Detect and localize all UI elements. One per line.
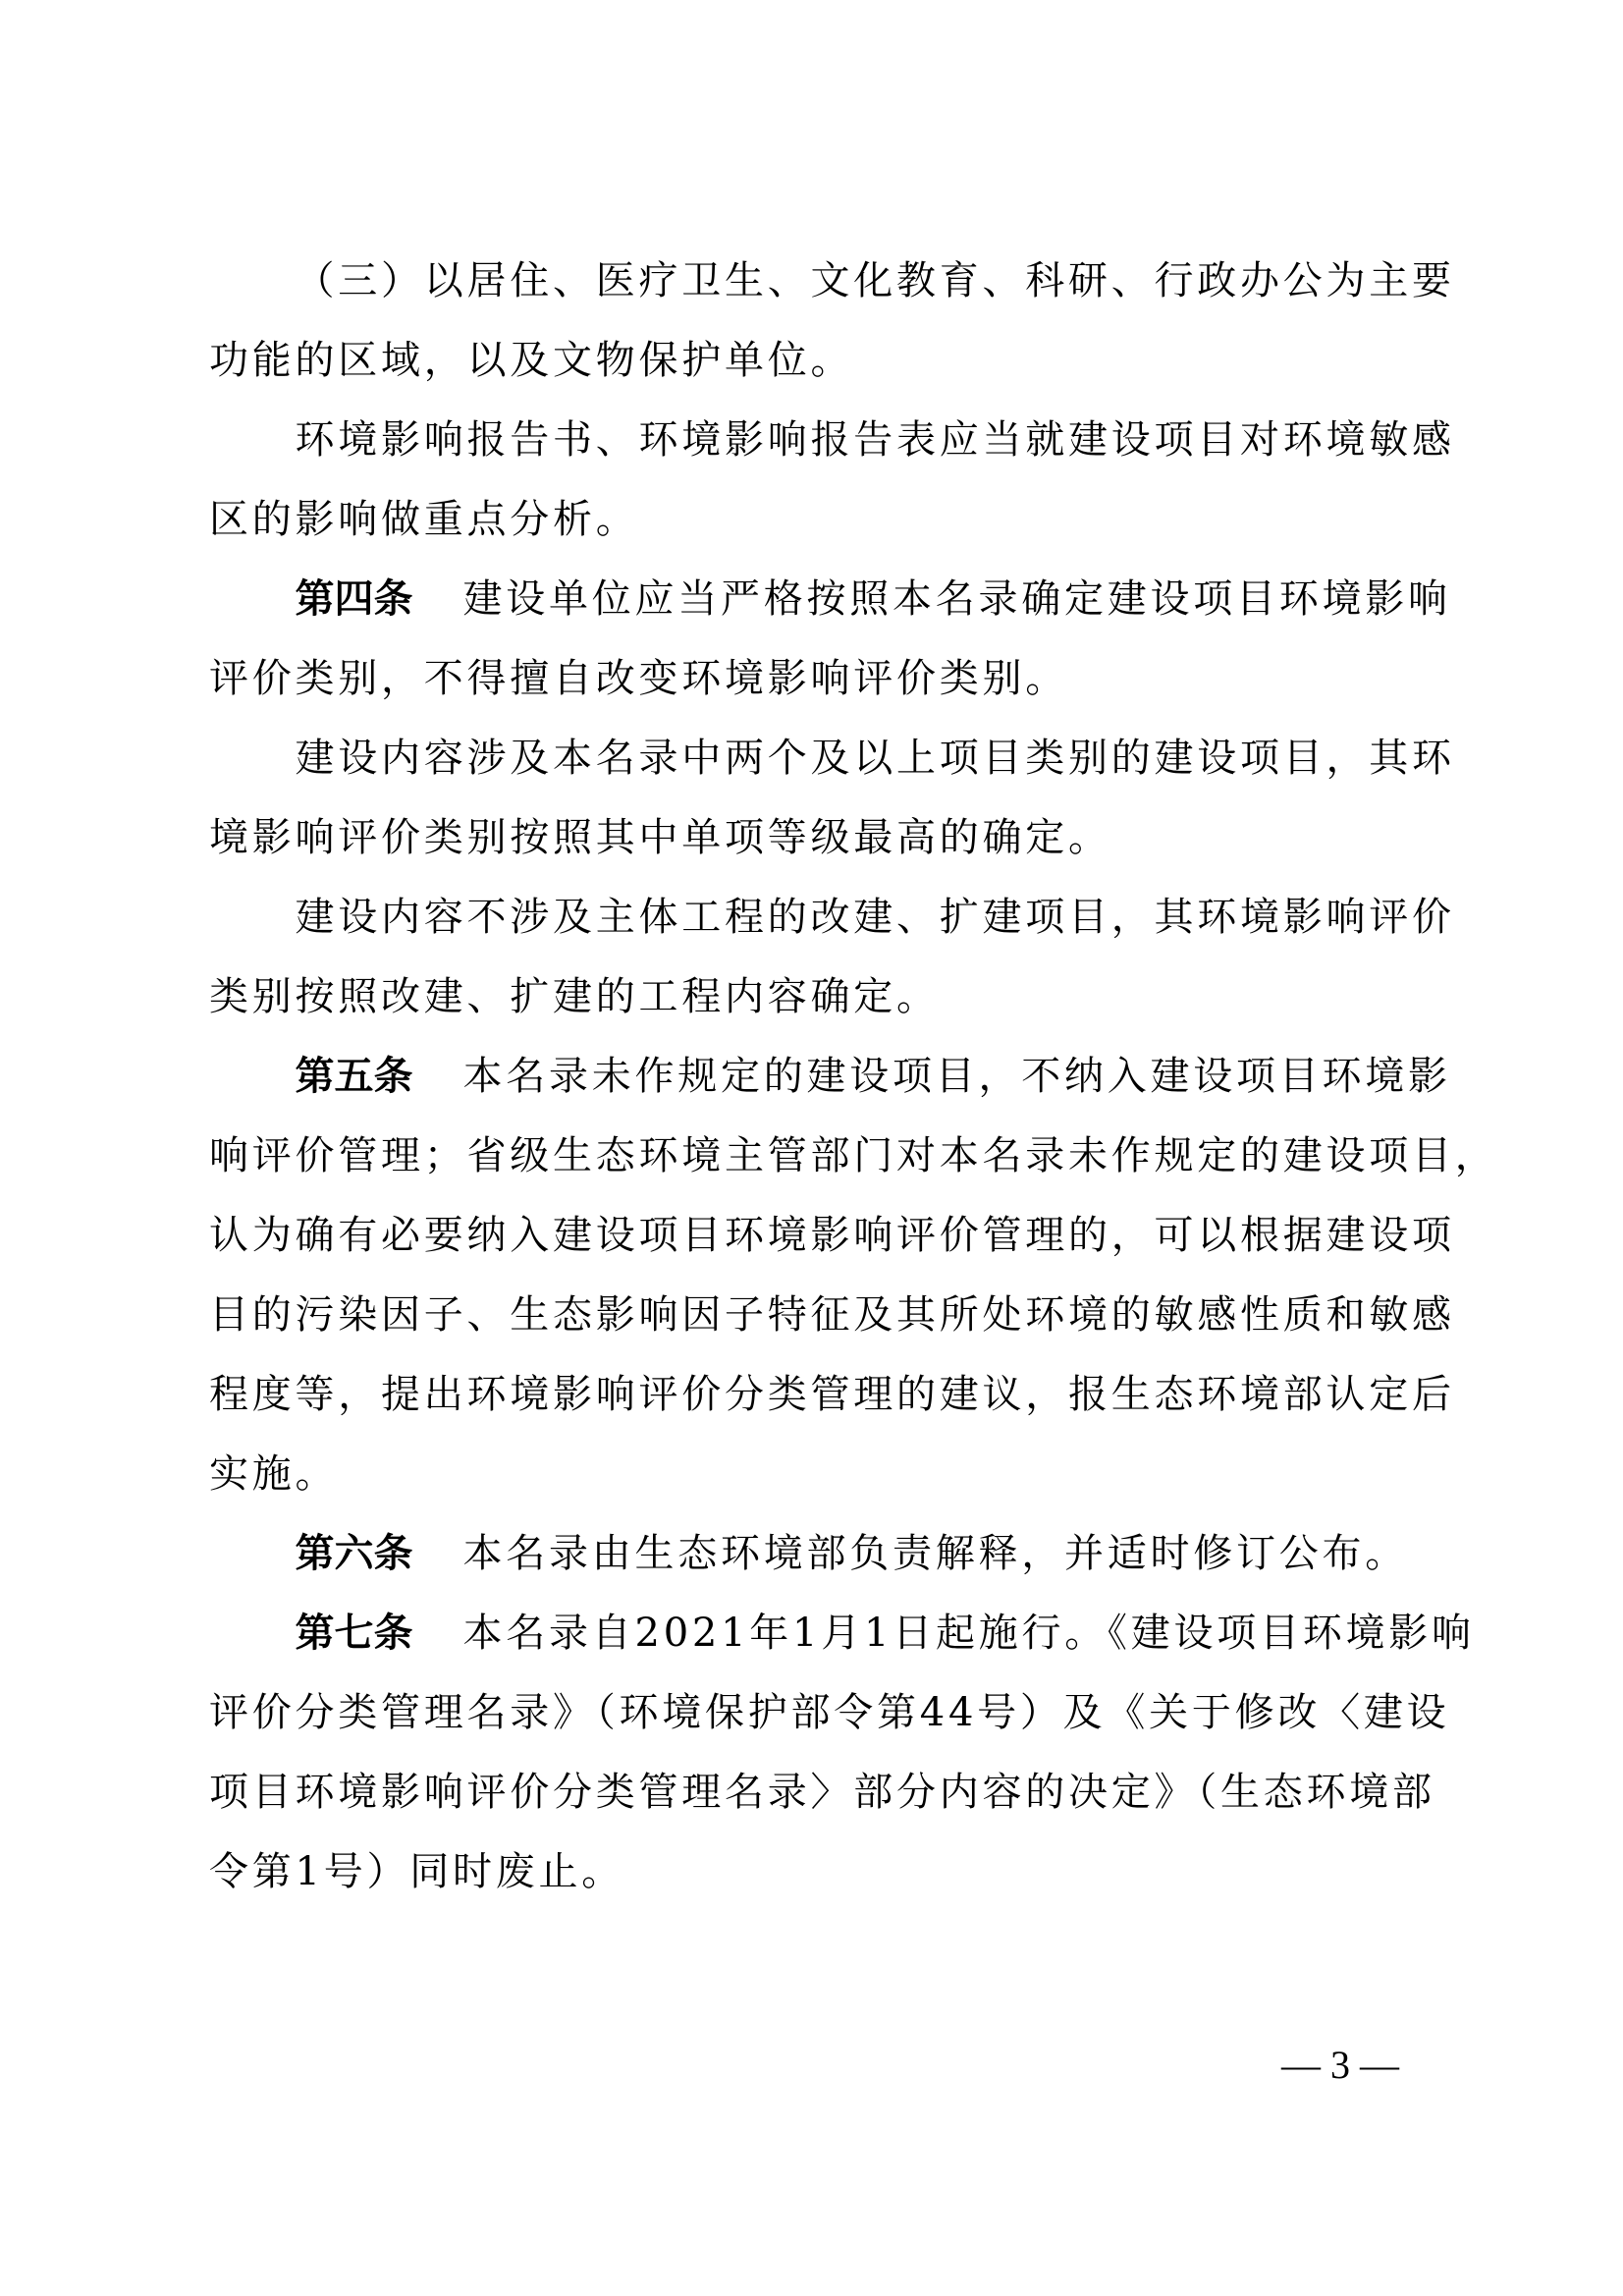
line-text: 程度等，提出环境影响评价分类管理的建议，报生态环境部认定后 (209, 1372, 1455, 1417)
line-text: 环境影响报告书、环境影响报告表应当就建设项目对环境敏感 (296, 417, 1455, 463)
line-text: 令第1号）同时废止。 (209, 1849, 624, 1894)
line-text: 建设内容不涉及主体工程的改建、扩建项目，其环境影响评价 (296, 895, 1455, 940)
paragraph-line: 类别按照改建、扩建的工程内容确定。 (209, 957, 1415, 1037)
paragraph-line: 令第1号）同时废止。 (209, 1832, 1415, 1912)
line-text: 评价分类管理名录》（环境保护部令第44号）及《关于修改〈建设 (209, 1690, 1449, 1735)
article-6-line: 第六条本名录由生态环境部负责解释，并适时修订公布。 (209, 1514, 1415, 1594)
line-text: 建设内容涉及本名录中两个及以上项目类别的建设项目，其环 (296, 736, 1455, 781)
line-text: 评价类别，不得擅自改变环境影响评价类别。 (209, 656, 1068, 701)
article-heading: 第六条 (296, 1514, 424, 1594)
line-text: 本名录未作规定的建设项目，不纳入建设项目环境影 (463, 1054, 1451, 1099)
line-text: 本名录自2021年1月1日起施行。《建设项目环境影响 (463, 1611, 1475, 1656)
paragraph-line: 建设内容不涉及主体工程的改建、扩建项目，其环境影响评价 (209, 878, 1415, 957)
article-heading: 第七条 (296, 1594, 424, 1673)
paragraph-line: 评价类别，不得擅自改变环境影响评价类别。 (209, 639, 1415, 719)
line-text: 目的污染因子、生态影响因子特征及其所处环境的敏感性质和敏感 (209, 1292, 1455, 1338)
paragraph-line: 实施。 (209, 1435, 1415, 1514)
paragraph-line: 区的影响做重点分析。 (209, 480, 1415, 560)
paragraph-line: 评价分类管理名录》（环境保护部令第44号）及《关于修改〈建设 (209, 1673, 1415, 1753)
line-text: 项目环境影响评价分类管理名录〉部分内容的决定》（生态环境部 (209, 1770, 1435, 1815)
paragraph-line: 建设内容涉及本名录中两个及以上项目类别的建设项目，其环 (209, 719, 1415, 798)
paragraph-line: 功能的区域，以及文物保护单位。 (209, 321, 1415, 401)
line-text: 实施。 (209, 1451, 338, 1497)
article-heading: 第四条 (296, 560, 424, 639)
article-heading: 第五条 (296, 1037, 424, 1117)
paragraph-line: 环境影响报告书、环境影响报告表应当就建设项目对环境敏感 (209, 401, 1415, 480)
line-text: 区的影响做重点分析。 (209, 497, 639, 542)
line-text: 境影响评价类别按照其中单项等级最高的确定。 (209, 815, 1111, 860)
article-7-line: 第七条本名录自2021年1月1日起施行。《建设项目环境影响 (209, 1594, 1415, 1673)
line-text: 类别按照改建、扩建的工程内容确定。 (209, 974, 940, 1019)
paragraph-line: 项目环境影响评价分类管理名录〉部分内容的决定》（生态环境部 (209, 1753, 1415, 1832)
paragraph-line: （三）以居住、医疗卫生、文化教育、科研、行政办公为主要 (209, 242, 1415, 321)
article-5-line: 第五条本名录未作规定的建设项目，不纳入建设项目环境影 (209, 1037, 1415, 1117)
line-text: 建设单位应当严格按照本名录确定建设项目环境影响 (463, 576, 1451, 622)
page-number: — 3 — (1262, 2041, 1419, 2090)
paragraph-line: 认为确有必要纳入建设项目环境影响评价管理的，可以根据建设项 (209, 1196, 1415, 1276)
paragraph-line: 响评价管理；省级生态环境主管部门对本名录未作规定的建设项目， (209, 1117, 1415, 1196)
line-text: 响评价管理；省级生态环境主管部门对本名录未作规定的建设项目， (209, 1133, 1498, 1178)
document-body: （三）以居住、医疗卫生、文化教育、科研、行政办公为主要 功能的区域，以及文物保护… (209, 242, 1415, 1912)
document-page: （三）以居住、医疗卫生、文化教育、科研、行政办公为主要 功能的区域，以及文物保护… (0, 0, 1623, 2296)
paragraph-line: 目的污染因子、生态影响因子特征及其所处环境的敏感性质和敏感 (209, 1276, 1415, 1355)
article-4-line: 第四条建设单位应当严格按照本名录确定建设项目环境影响 (209, 560, 1415, 639)
paragraph-line: 境影响评价类别按照其中单项等级最高的确定。 (209, 798, 1415, 878)
line-text: 本名录由生态环境部负责解释，并适时修订公布。 (463, 1531, 1409, 1576)
line-text: 功能的区域，以及文物保护单位。 (209, 338, 853, 383)
line-text: 认为确有必要纳入建设项目环境影响评价管理的，可以根据建设项 (209, 1213, 1455, 1258)
line-text: （三）以居住、医疗卫生、文化教育、科研、行政办公为主要 (296, 258, 1455, 303)
paragraph-line: 程度等，提出环境影响评价分类管理的建议，报生态环境部认定后 (209, 1355, 1415, 1435)
